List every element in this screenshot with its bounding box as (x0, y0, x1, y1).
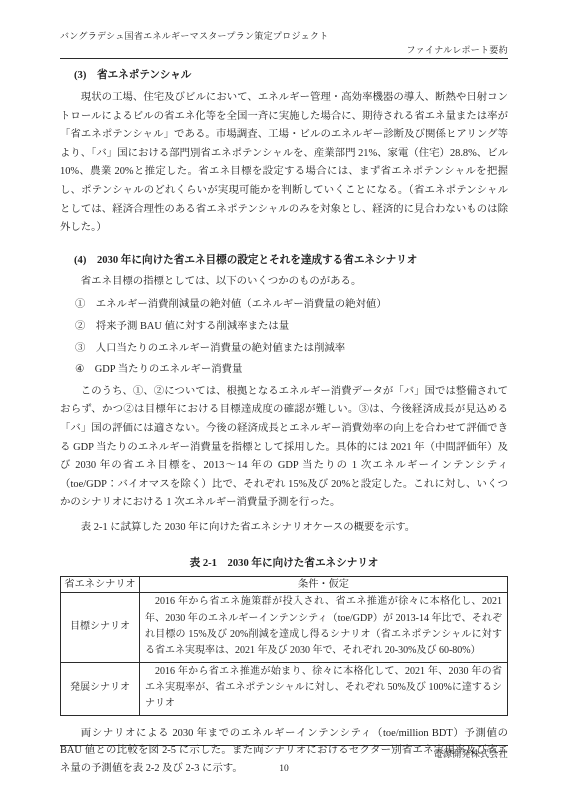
table-header-row: 省エネシナリオ 条件・仮定 (61, 577, 508, 593)
document-page: バングラデシュ国省エネルギーマスタープラン策定プロジェクト ファイナルレポート要… (0, 0, 562, 800)
paragraph-indicators-intro: 省エネ目標の指標としては、以下のいくつかのものがある。 (60, 273, 508, 292)
page-number: 10 (60, 764, 508, 775)
paragraph-energy-potential: 現状の工場、住宅及びビルにおいて、エネルギー管理・高効率機器の導入、断熱や日射コ… (60, 89, 508, 238)
table-header-scenario: 省エネシナリオ (61, 577, 140, 593)
list-item-indicator-4: ④ GDP 当たりのエネルギー消費量 (75, 361, 508, 380)
table-header-conditions: 条件・仮定 (140, 577, 508, 593)
scenario-label-target: 目標シナリオ (61, 593, 140, 662)
section-heading-4: (4) 2030 年に向けた省エネ目標の設定とそれを達成する省エネシナリオ (74, 253, 508, 268)
scenario-description-development: 2016 年から省エネ推進が始まり、徐々に本格化して、2021 年、2030 年… (140, 662, 508, 715)
scenario-label-development: 発展シナリオ (61, 662, 140, 715)
footer-company-name: 電源開発株式会社 (60, 749, 508, 760)
header-project-title: バングラデシュ国省エネルギーマスタープラン策定プロジェクト (60, 30, 508, 42)
table-row-development-scenario: 発展シナリオ 2016 年から省エネ推進が始まり、徐々に本格化して、2021 年… (61, 662, 508, 715)
page-footer: 電源開発株式会社 10 (60, 745, 508, 775)
paragraph-indicator-discussion: このうち、①、②については、根拠となるエネルギー消費データが「バ」国では整備され… (60, 383, 508, 513)
page-header: バングラデシュ国省エネルギーマスタープラン策定プロジェクト ファイナルレポート要… (60, 30, 508, 59)
list-item-indicator-3: ③ 人口当たりのエネルギー消費量の絶対値または削減率 (75, 340, 508, 359)
header-document-type: ファイナルレポート要約 (60, 44, 508, 56)
list-item-indicator-2: ② 将来予測 BAU 値に対する削減率または量 (75, 318, 508, 337)
table-2-1-title: 表 2-1 2030 年に向けた省エネシナリオ (60, 557, 508, 571)
indicator-list: ① エネルギー消費削減量の絶対値（エネルギー消費量の絶対値） ② 将来予測 BA… (60, 296, 508, 379)
scenario-description-target: 2016 年から省エネ施策群が投入され、省エネ推進が徐々に本格化し、2021 年… (140, 593, 508, 662)
table-row-target-scenario: 目標シナリオ 2016 年から省エネ施策群が投入され、省エネ推進が徐々に本格化し… (61, 593, 508, 662)
scenario-table: 省エネシナリオ 条件・仮定 目標シナリオ 2016 年から省エネ施策群が投入され… (60, 576, 508, 715)
paragraph-table-reference: 表 2-1 に試算した 2030 年に向けた省エネシナリオケースの概要を示す。 (60, 519, 508, 538)
section-heading-3: (3) 省エネポテンシャル (74, 68, 508, 83)
list-item-indicator-1: ① エネルギー消費削減量の絶対値（エネルギー消費量の絶対値） (75, 296, 508, 315)
